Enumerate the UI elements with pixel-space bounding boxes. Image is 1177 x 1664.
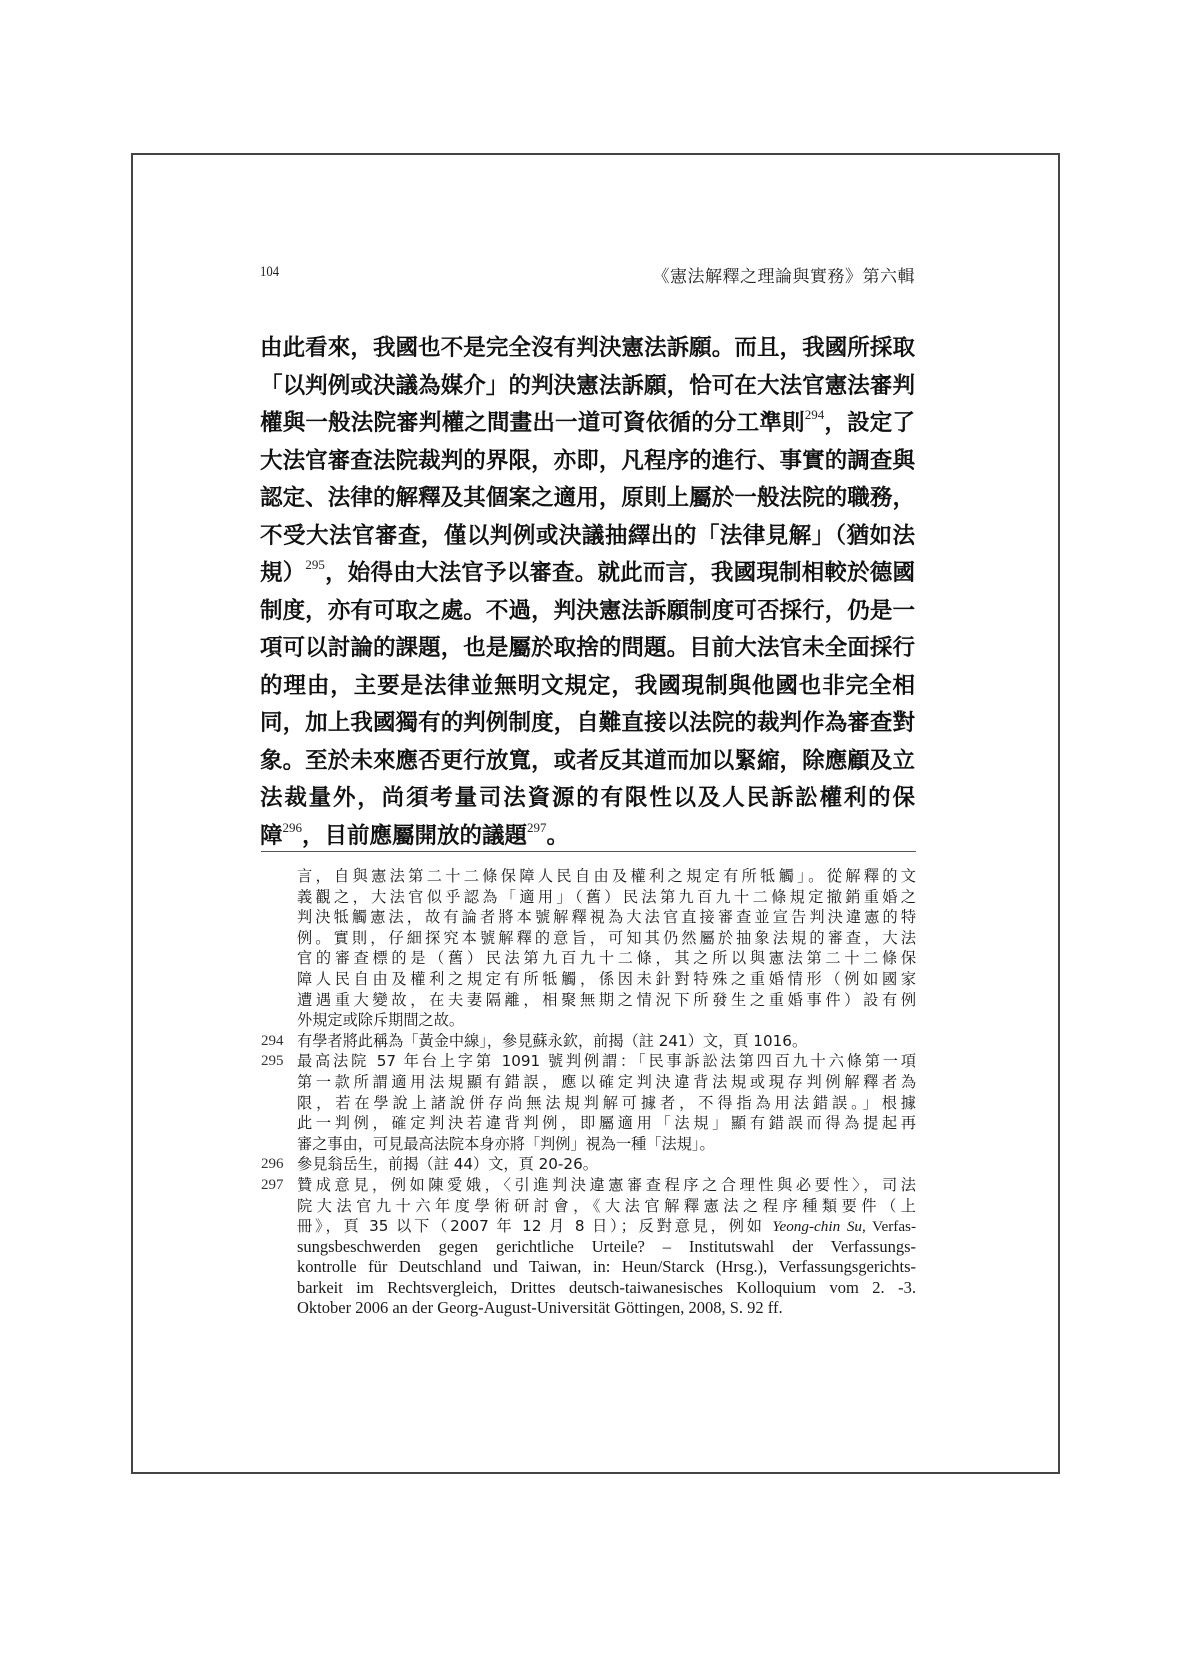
footnote-line: sungsbeschwerden gegen gerichtliche Urte… — [261, 1237, 916, 1258]
footnote-line: 此一判例，確定判決若違背判例，即屬適用「法規」顯有錯誤而得為提起再 — [261, 1113, 916, 1134]
footnotes: 言，自與憲法第二十二條保障人民自由及權利之規定有所牴觸」。從解釋的文 義觀之，大… — [261, 866, 916, 1319]
body-line: 「以判例或決議為媒介」的判決憲法訴願，恰可在大法官憲法審判 — [260, 368, 915, 406]
footnote-line: 遭遇重大變故，在夫妻隔離，相聚無期之情況下所發生之重婚事件）設有例 — [261, 990, 916, 1011]
footnote-line: 第一款所謂適用法規顯有錯誤，應以確定判決違背法規或現存判例解釋者為 — [261, 1072, 916, 1093]
footnote-line: 義觀之，大法官似乎認為「適用」（舊）民法第九百九十二條規定撤銷重婚之 — [261, 887, 916, 908]
body-line: 大法官審查法院裁判的界限，亦即，凡程序的進行、事實的調查與 — [260, 443, 915, 481]
body-line: 象。至於未來應否更行放寬，或者反其道而加以緊縮，除應顧及立 — [260, 743, 915, 781]
footnote-line: 外規定或除斥期間之故。 — [261, 1010, 916, 1031]
body-line: 認定、法律的解釋及其個案之適用，原則上屬於一般法院的職務， — [260, 480, 915, 518]
body-line: 同，加上我國獨有的判例制度，自難直接以法院的裁判作為審查對 — [260, 705, 915, 743]
footnote-line: 294 有學者將此稱為「黃金中線」，參見蘇永欽，前揭（註 241）文，頁 101… — [261, 1031, 916, 1052]
footnote-line: 院大法官九十六年度學術研討會，《大法官解釋憲法之程序種類要件（上 — [261, 1196, 916, 1217]
footnote-line: 限，若在學說上諸說併存尚無法規判解可據者，不得指為用法錯誤。」根據 — [261, 1093, 916, 1114]
footnote-line: 審之事由，可見最高法院本身亦將「判例」視為一種「法規」。 — [261, 1134, 916, 1155]
footnote-number: 295 — [261, 1051, 284, 1072]
footnote-line: 判決牴觸憲法，故有論者將本號解釋視為大法官直接審查並宣告判決違憲的特 — [261, 907, 916, 928]
footnote-line: 障人民自由及權利之規定有所牴觸，係因未針對特殊之重婚情形（例如國家 — [261, 969, 916, 990]
footnote-number: 297 — [261, 1175, 284, 1196]
body-line: 規）295，始得由大法官予以審查。就此而言，我國現制相較於德國 — [260, 555, 915, 593]
running-header: 104 《憲法解釋之理論與實務》第六輯 — [260, 262, 915, 286]
body-line: 項可以討論的課題，也是屬於取捨的問題。目前大法官未全面採行 — [260, 630, 915, 668]
body-line: 不受大法官審查，僅以判例或決議抽繹出的「法律見解」（猶如法 — [260, 518, 915, 556]
body-line: 的理由，主要是法律並無明文規定，我國現制與他國也非完全相 — [260, 668, 915, 706]
footnote-ref-294[interactable]: 294 — [805, 407, 825, 422]
footnote-number: 294 — [261, 1031, 284, 1052]
footnote-continued: 言，自與憲法第二十二條保障人民自由及權利之規定有所牴觸」。從解釋的文 義觀之，大… — [261, 866, 916, 1031]
body-line: 法裁量外，尚須考量司法資源的有限性以及人民訴訟權利的保 — [260, 780, 915, 818]
footnote-line: barkeit im Rechtsvergleich, Drittes deut… — [261, 1278, 916, 1299]
book-title: 《憲法解釋之理論與實務》第六輯 — [653, 262, 916, 287]
body-line: 制度，亦有可取之處。不過，判決憲法訴願制度可否採行，仍是一 — [260, 593, 915, 631]
main-paragraph: 由此看來，我國也不是完全沒有判決憲法訴願。而且，我國所採取 「以判例或決議為媒介… — [260, 330, 915, 855]
footnote-line: 言，自與憲法第二十二條保障人民自由及權利之規定有所牴觸」。從解釋的文 — [261, 866, 916, 887]
footnote-separator — [261, 851, 916, 852]
body-line: 權與一般法院審判權之間畫出一道可資依循的分工準則294，設定了 — [260, 405, 915, 443]
footnote-line: 295 最高法院 57 年台上字第 1091 號判例謂：「民事訴訟法第四百九十六… — [261, 1051, 916, 1072]
footnote-296: 296 參見翁岳生，前揭（註 44）文，頁 20-26。 — [261, 1154, 916, 1175]
footnote-ref-296[interactable]: 296 — [283, 820, 303, 835]
footnote-line: 296 參見翁岳生，前揭（註 44）文，頁 20-26。 — [261, 1154, 916, 1175]
footnote-line: 297 贊成意見，例如陳愛娥，〈引進判決違憲審查程序之合理性與必要性〉，司法 — [261, 1175, 916, 1196]
footnote-ref-295[interactable]: 295 — [305, 557, 325, 572]
footnote-line: 例。實則，仔細探究本號解釋的意旨，可知其仍然屬於抽象法規的審查，大法 — [261, 928, 916, 949]
footnote-line: 官的審查標的是（舊）民法第九百九十二條，其之所以與憲法第二十二條保 — [261, 948, 916, 969]
page-number: 104 — [260, 264, 279, 281]
footnote-number: 296 — [261, 1154, 284, 1175]
footnote-ref-297[interactable]: 297 — [527, 820, 547, 835]
body-line: 障296，目前應屬開放的議題297。 — [260, 818, 915, 856]
footnote-295: 295 最高法院 57 年台上字第 1091 號判例謂：「民事訴訟法第四百九十六… — [261, 1051, 916, 1154]
body-line: 由此看來，我國也不是完全沒有判決憲法訴願。而且，我國所採取 — [260, 330, 915, 368]
author-name: Yeong-chin Su — [772, 1218, 862, 1235]
footnote-297: 297 贊成意見，例如陳愛娥，〈引進判決違憲審查程序之合理性與必要性〉，司法 院… — [261, 1175, 916, 1319]
footnote-line: 冊》，頁 35 以下（2007 年 12 月 8 日）；反對意見，例如 Yeon… — [261, 1216, 916, 1237]
footnote-line: Oktober 2006 an der Georg-August-Univers… — [261, 1298, 916, 1319]
footnote-294: 294 有學者將此稱為「黃金中線」，參見蘇永欽，前揭（註 241）文，頁 101… — [261, 1031, 916, 1052]
footnote-line: kontrolle für Deutschland und Taiwan, in… — [261, 1257, 916, 1278]
